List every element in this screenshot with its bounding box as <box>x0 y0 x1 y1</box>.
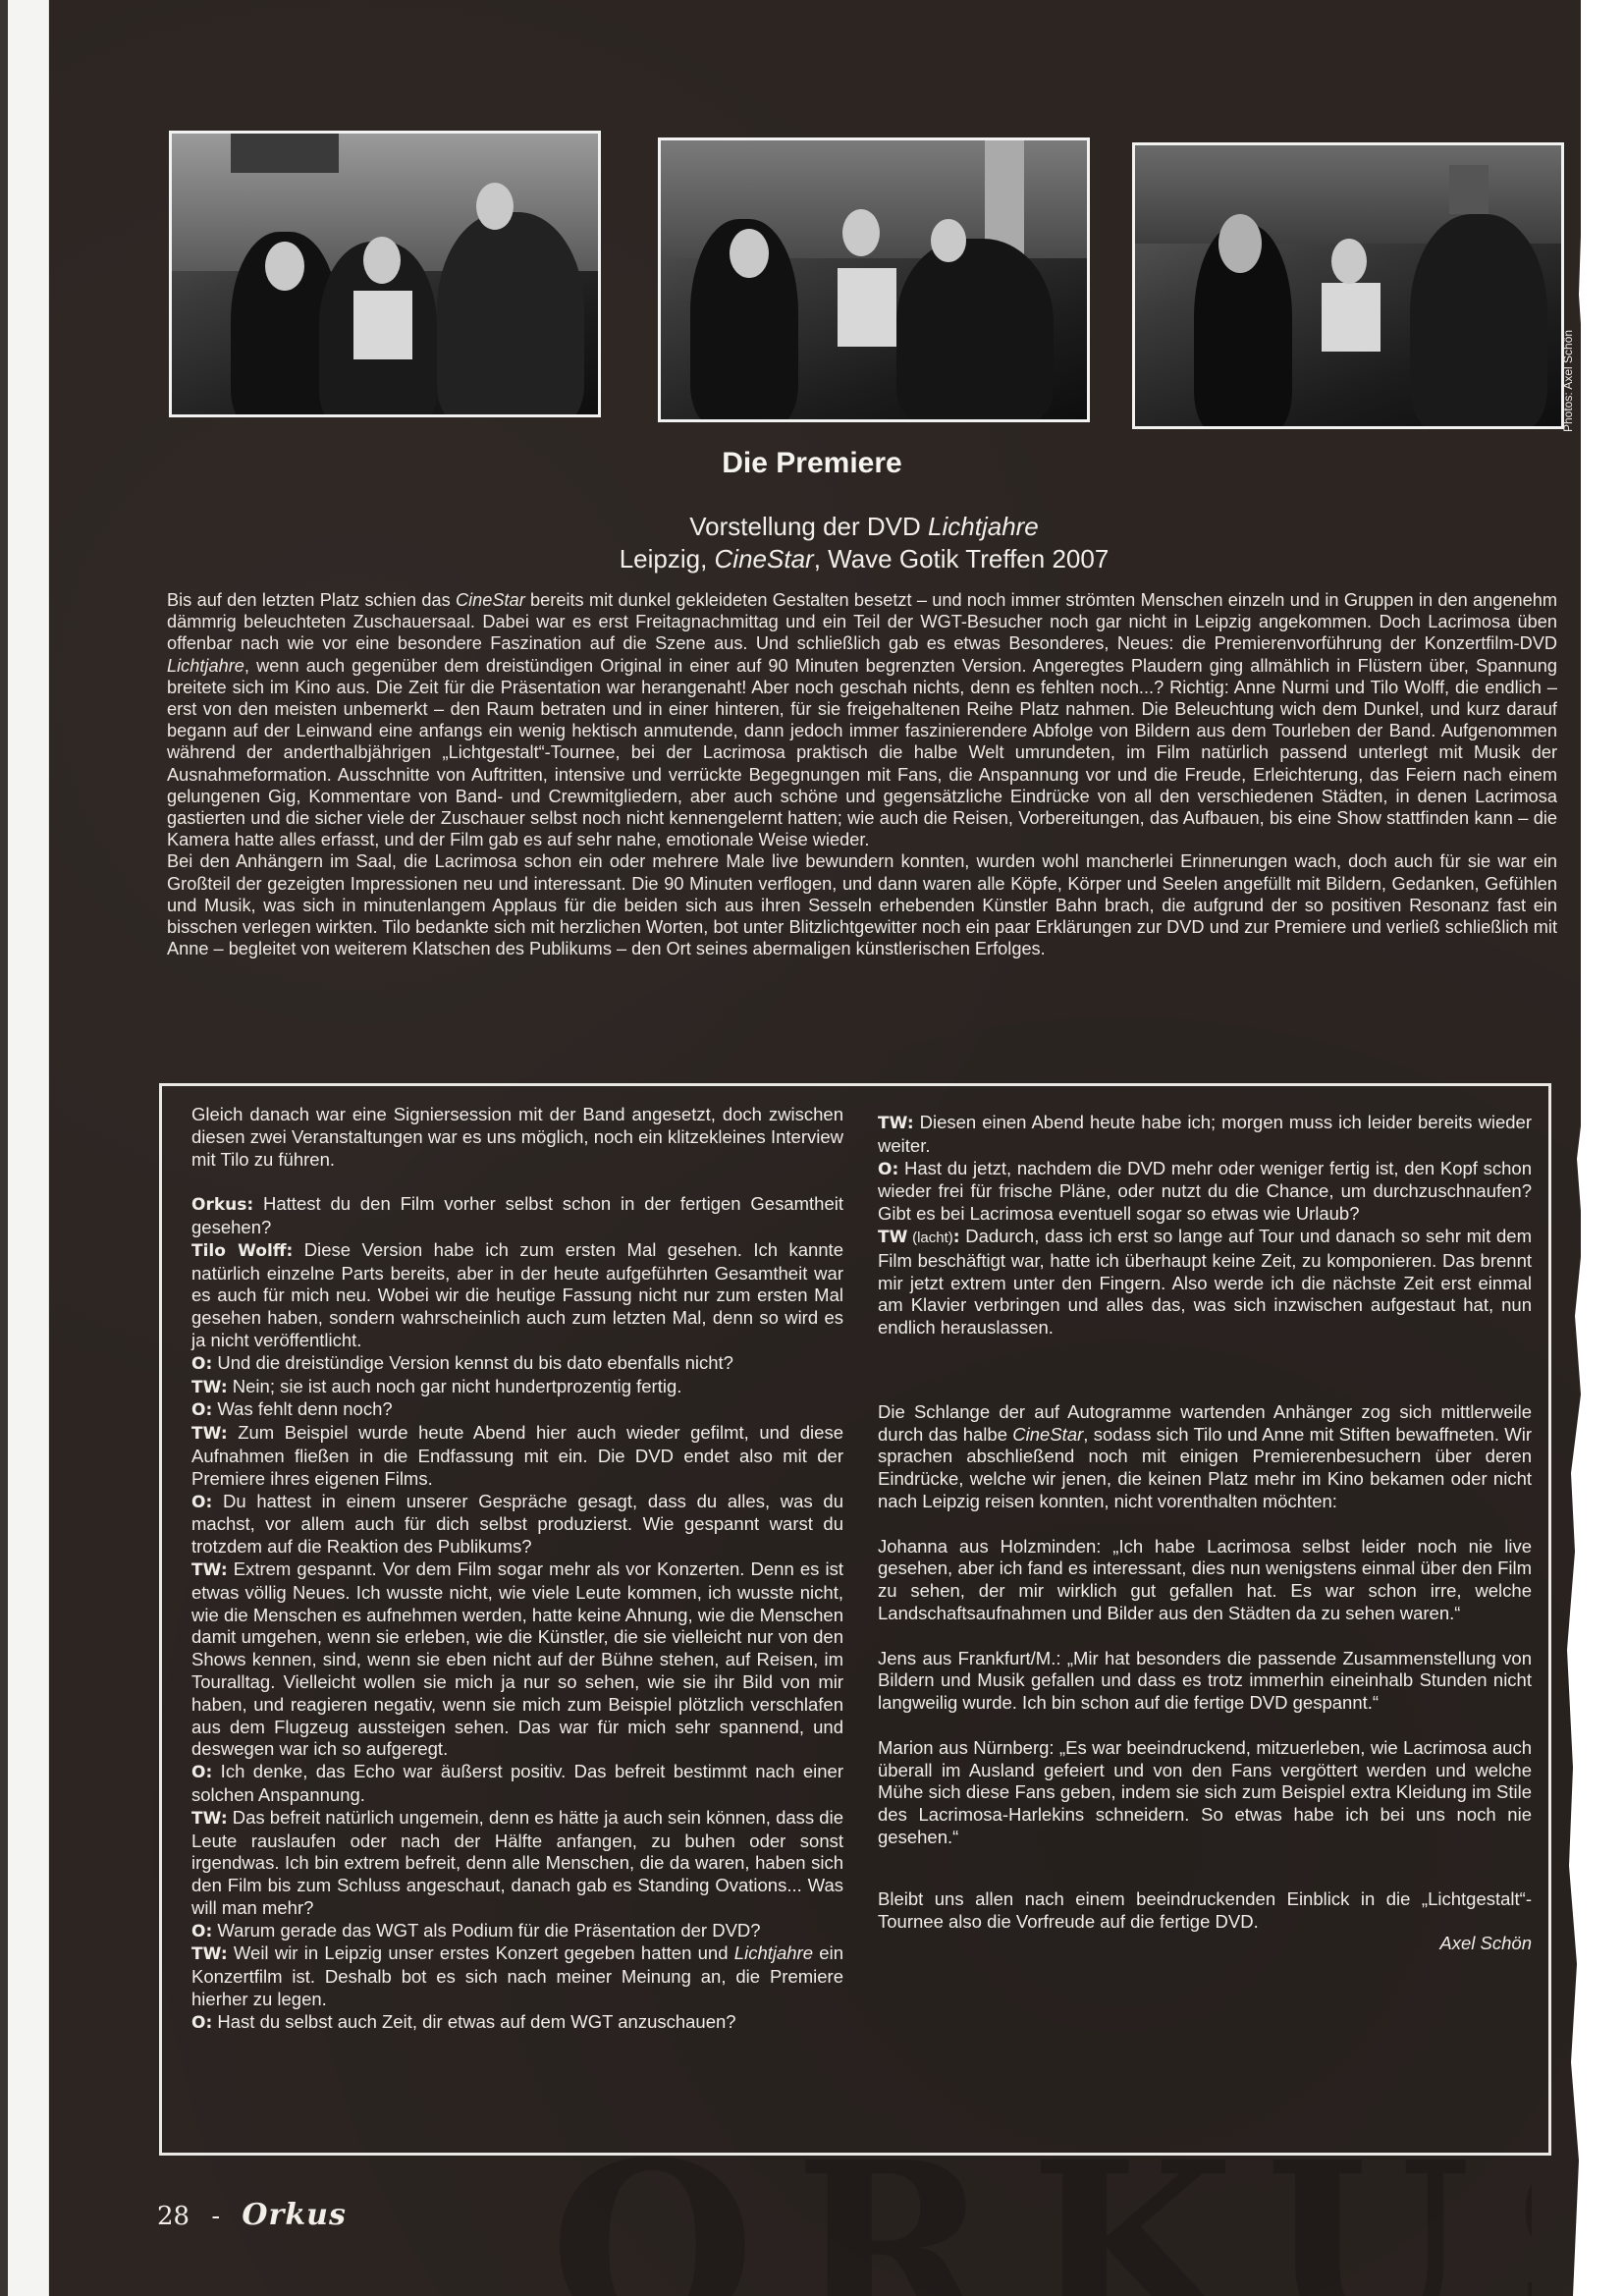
visitor-quote: Jens aus Frankfurt/M.: „Mir hat besonder… <box>878 1648 1532 1715</box>
interview-column-right: TW: Diesen einen Abend heute habe ich; m… <box>878 1112 1532 1955</box>
subtitle-line-2: Leipzig, CineStar, Wave Gotik Treffen 20… <box>0 543 1624 575</box>
qa-item: TW: Nein; sie ist auch noch gar nicht hu… <box>191 1376 843 1399</box>
intro-paragraph-2: Bei den Anhängern im Saal, die Lacrimosa… <box>167 850 1557 959</box>
qa-item: Orkus: Hattest du den Film vorher selbst… <box>191 1193 843 1239</box>
article-subtitle: Vorstellung der DVD Lichtjahre Leipzig, … <box>0 511 1624 575</box>
magazine-logo: Orkus <box>242 2198 346 2232</box>
intro-paragraph-1: Bis auf den letzten Platz schien das Cin… <box>167 589 1557 850</box>
qa-item: O: Hast du jetzt, nachdem die DVD mehr o… <box>878 1158 1532 1226</box>
qa-item: TW: Extrem gespannt. Vor dem Film sogar … <box>191 1558 843 1761</box>
qa-item: O: Hast du selbst auch Zeit, dir etwas a… <box>191 2011 843 2035</box>
author-byline: Axel Schön <box>878 1933 1532 1955</box>
qa-item: TW: Weil wir in Leipzig unser erstes Kon… <box>191 1942 843 2010</box>
qa-item: TW: Diesen einen Abend heute habe ich; m… <box>878 1112 1532 1158</box>
photo-credit: Photos: Axel Schön <box>1561 330 1575 432</box>
orkus-watermark: ORKUS <box>550 2131 1532 2296</box>
scan-edge <box>0 0 8 2296</box>
qa-item: TW: Zum Beispiel wurde heute Abend hier … <box>191 1422 843 1490</box>
qa-item: O: Ich denke, das Echo war äußerst posit… <box>191 1761 843 1807</box>
qa-item: TW (lacht): Dadurch, dass ich erst so la… <box>878 1226 1532 1339</box>
footer-separator: - <box>211 2202 220 2231</box>
qa-item: O: Du hattest in einem unserer Gespräche… <box>191 1491 843 1558</box>
outro-queue: Die Schlange der auf Autogramme wartende… <box>878 1401 1532 1513</box>
subtitle-line-1: Vorstellung der DVD Lichtjahre <box>0 511 1624 543</box>
interview-lead: Gleich danach war eine Signiersession mi… <box>191 1104 843 1171</box>
interview-column-left: Gleich danach war eine Signiersession mi… <box>191 1104 843 2035</box>
visitor-quote: Marion aus Nürnberg: „Es war beeindrucke… <box>878 1737 1532 1849</box>
article-title: Die Premiere <box>0 447 1624 480</box>
article-intro: Bis auf den letzten Platz schien das Cin… <box>167 589 1557 959</box>
qa-item: O: Was fehlt denn noch? <box>191 1398 843 1422</box>
visitor-quote: Johanna aus Holzminden: „Ich habe Lacrim… <box>878 1536 1532 1625</box>
photo-signing-2 <box>658 137 1090 422</box>
page-footer: 28 - Orkus <box>157 2198 347 2232</box>
qa-item: TW: Das befreit natürlich ungemein, denn… <box>191 1807 843 1920</box>
interview-box: Gleich danach war eine Signiersession mi… <box>159 1083 1551 2156</box>
torn-paper-edge <box>1581 0 1624 2296</box>
page-number: 28 <box>157 2202 189 2231</box>
photo-signing-3 <box>1132 142 1564 429</box>
qa-item: Tilo Wolff: Diese Version habe ich zum e… <box>191 1239 843 1352</box>
photo-signing-1 <box>169 131 601 417</box>
qa-item: O: Und die dreistündige Version kennst d… <box>191 1352 843 1376</box>
closing-text: Bleibt uns allen nach einem beeindrucken… <box>878 1888 1532 1934</box>
qa-item: O: Warum gerade das WGT als Podium für d… <box>191 1920 843 1943</box>
